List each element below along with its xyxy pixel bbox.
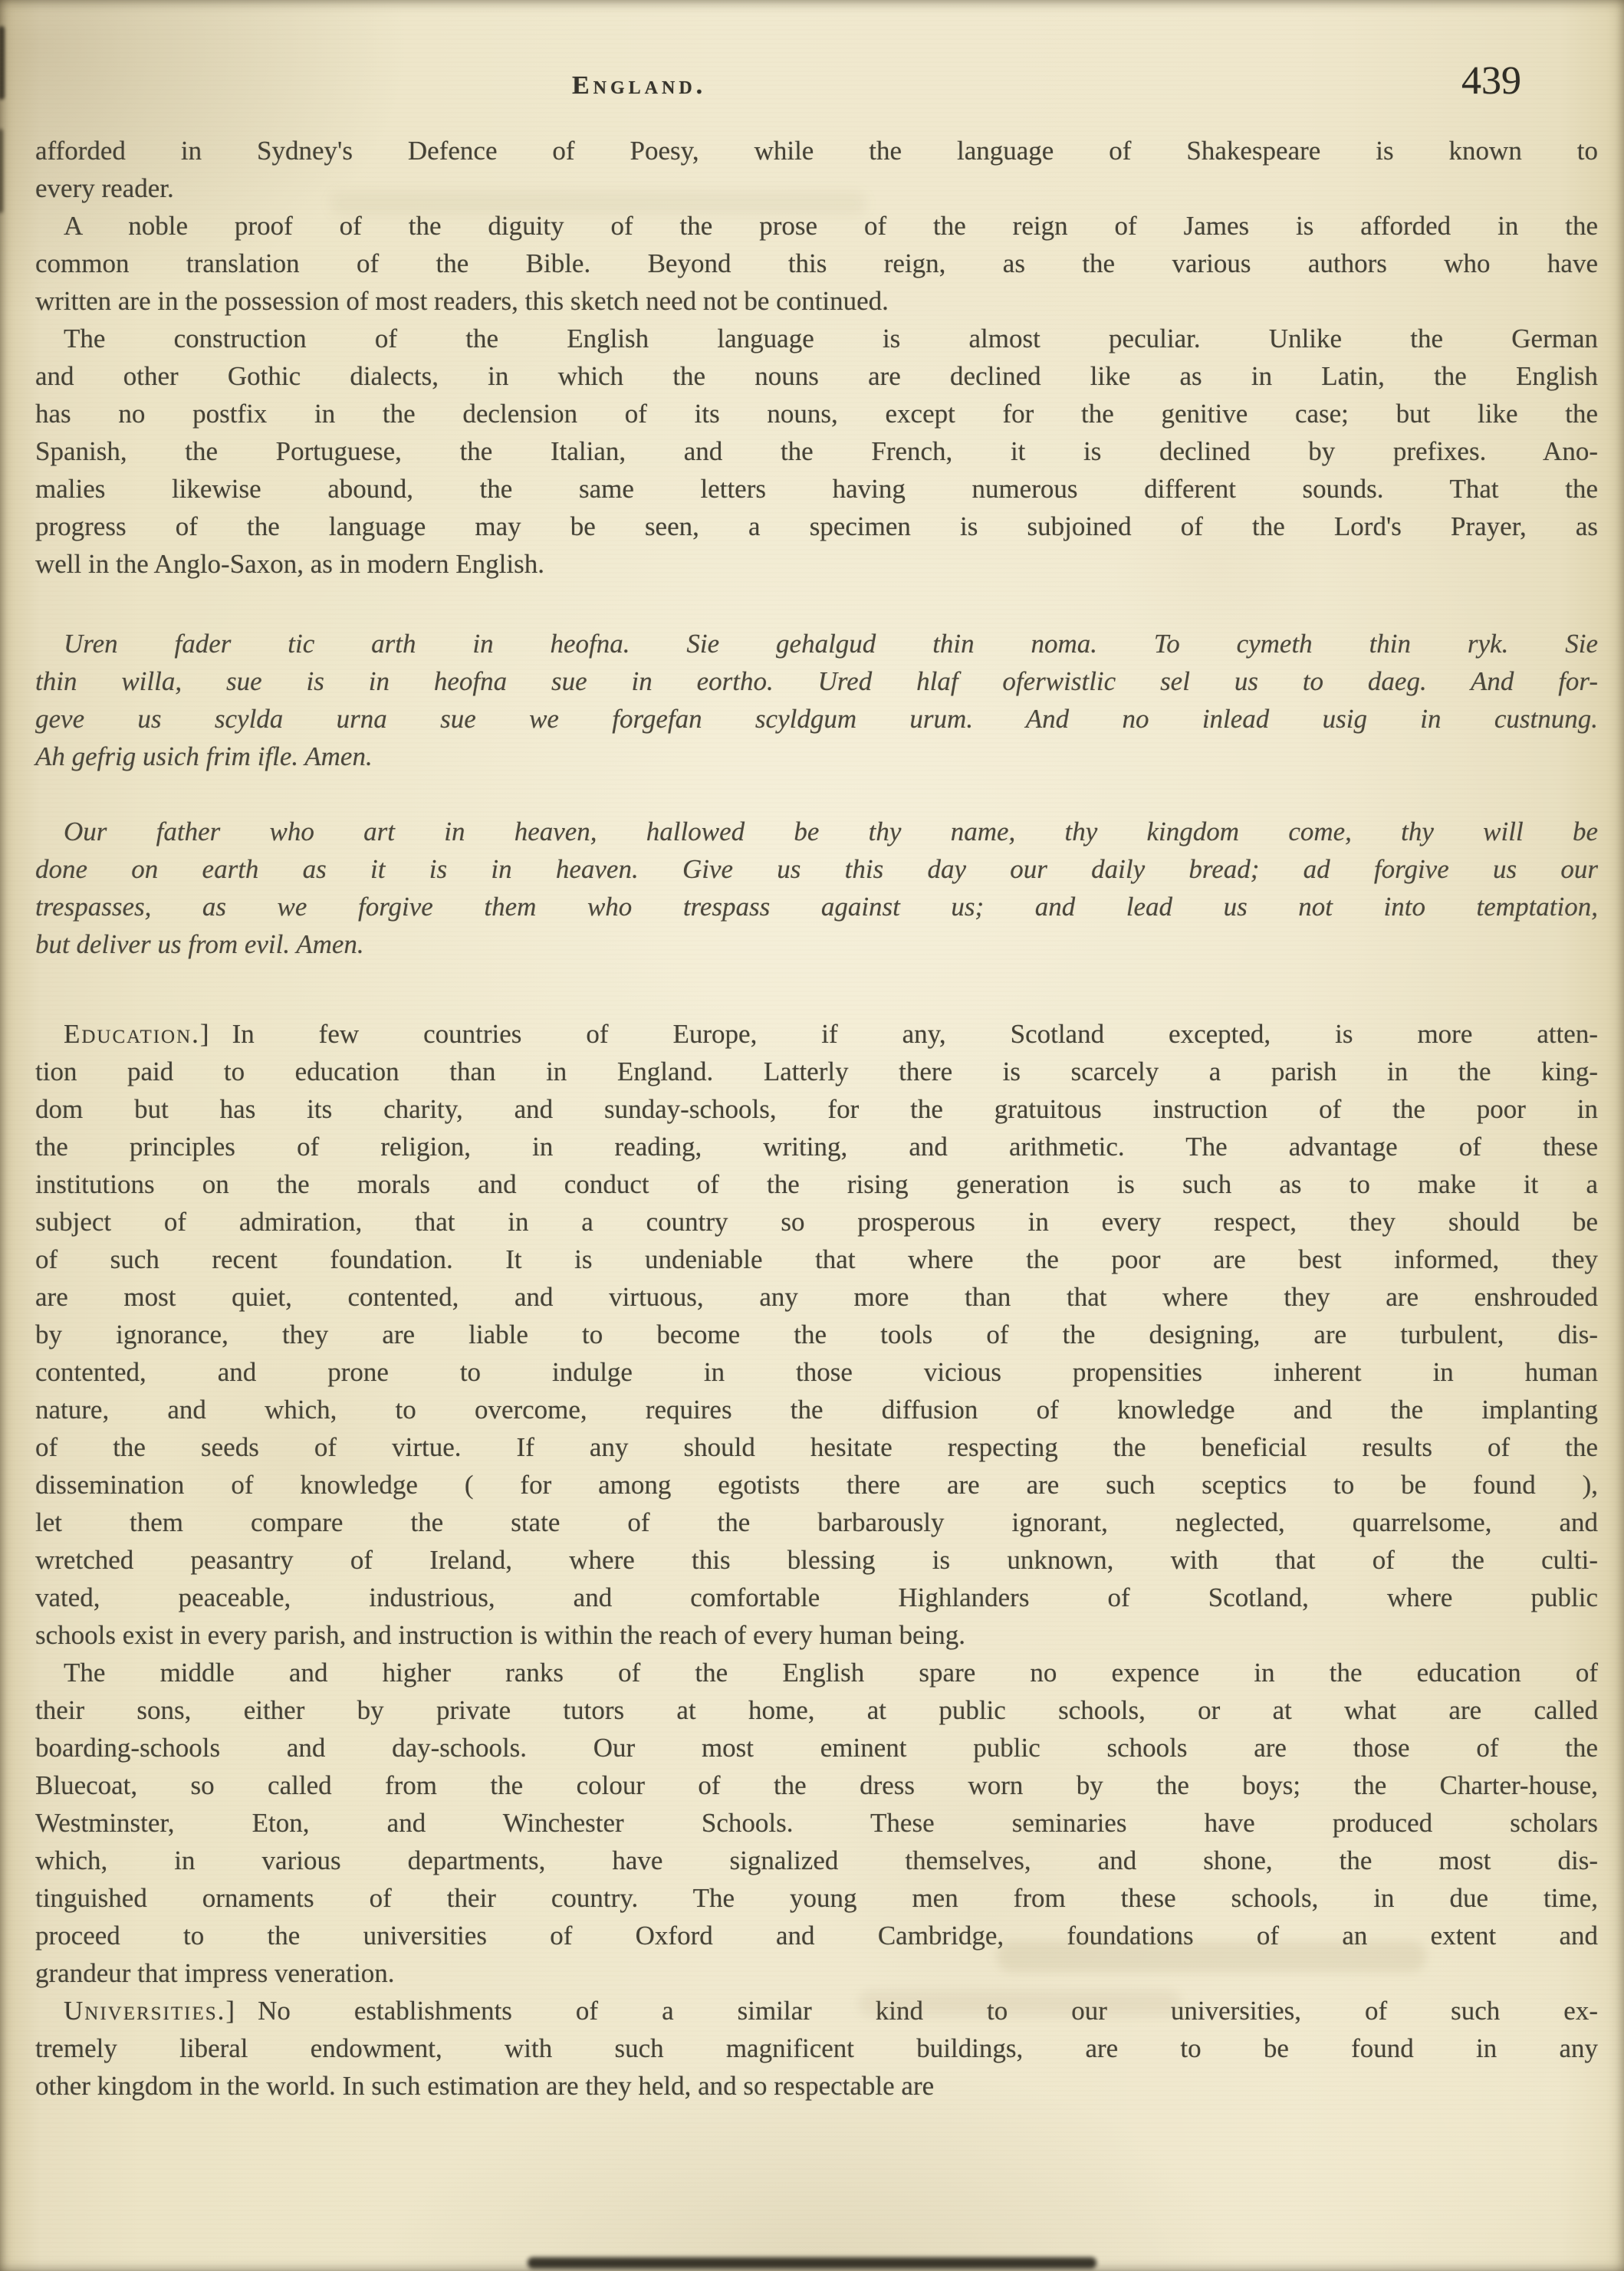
section-label: Education.]: [64, 1019, 211, 1049]
text-line: Uren fader tic arth in heofna. Sie gehal…: [35, 625, 1598, 662]
text-line: trespasses, as we forgive them who tresp…: [35, 888, 1598, 925]
text-line: Universities.]No establishments of a sim…: [35, 1992, 1598, 2029]
text-line: and other Gothic dialects, in which the …: [35, 357, 1598, 395]
text-line: grandeur that impress veneration.: [35, 1954, 1598, 1992]
scanned-book-page: England. 439 afforded in Sydney's Defenc…: [0, 0, 1624, 2271]
text-line: schools exist in every parish, and instr…: [35, 1616, 1598, 1654]
paragraph: Education.]In few countries of Europe, i…: [35, 1015, 1598, 1654]
text-line: Ah gefrig usich frim ifle. Amen.: [35, 738, 1598, 775]
text-line: has no postfix in the declension of its …: [35, 395, 1598, 432]
text-line: of the seeds of virtue. If any should he…: [35, 1428, 1598, 1466]
text-line: The middle and higher ranks of the Engli…: [35, 1654, 1598, 1691]
text-line: progress of the language may be seen, a …: [35, 508, 1598, 545]
text-line: which, in various departments, have sign…: [35, 1842, 1598, 1879]
text-line: are most quiet, contented, and virtuous,…: [35, 1278, 1598, 1316]
scan-bottom-streak-artifact: [528, 2257, 1096, 2269]
paragraph: A noble proof of the diguity of the pros…: [35, 207, 1598, 320]
scan-edge-artifact: [0, 129, 3, 213]
text-line: tremely liberal endowment, with such mag…: [35, 2029, 1598, 2067]
text-line: institutions on the morals and conduct o…: [35, 1165, 1598, 1203]
text-line: other kingdom in the world. In such esti…: [35, 2067, 1598, 2105]
text-line: subject of admiration, that in a country…: [35, 1203, 1598, 1241]
paragraph: The middle and higher ranks of the Engli…: [35, 1654, 1598, 1992]
text-line: the principles of religion, in reading, …: [35, 1128, 1598, 1165]
text-line: every reader.: [35, 169, 1598, 207]
text-line: Education.]In few countries of Europe, i…: [35, 1015, 1598, 1053]
text-line: malies likewise abound, the same letters…: [35, 470, 1598, 508]
paragraph: The construction of the English language…: [35, 320, 1598, 583]
page-text-block: afforded in Sydney's Defence of Poesy, w…: [35, 132, 1598, 2105]
text-line: nature, and which, to overcome, requires…: [35, 1391, 1598, 1428]
text-line: well in the Anglo-Saxon, as in modern En…: [35, 545, 1598, 583]
text-line: vated, peaceable, industrious, and comfo…: [35, 1579, 1598, 1616]
text-line: boarding-schools and day-schools. Our mo…: [35, 1729, 1598, 1767]
paragraph: afforded in Sydney's Defence of Poesy, w…: [35, 132, 1598, 207]
text-line: dom but has its charity, and sunday-scho…: [35, 1090, 1598, 1128]
text-line: Our father who art in heaven, hallowed b…: [35, 813, 1598, 850]
text-line: A noble proof of the diguity of the pros…: [35, 207, 1598, 245]
running-head: England.: [572, 71, 706, 101]
text-line: their sons, either by private tutors at …: [35, 1691, 1598, 1729]
text-line: proceed to the universities of Oxford an…: [35, 1917, 1598, 1954]
text-line: contented, and prone to indulge in those…: [35, 1353, 1598, 1391]
text-line: tinguished ornaments of their country. T…: [35, 1879, 1598, 1917]
text-line: Bluecoat, so called from the colour of t…: [35, 1767, 1598, 1804]
text-line: written are in the possession of most re…: [35, 282, 1598, 320]
text-line: Westminster, Eton, and Winchester School…: [35, 1804, 1598, 1842]
text-line: common translation of the Bible. Beyond …: [35, 245, 1598, 282]
paragraph: Universities.]No establishments of a sim…: [35, 1992, 1598, 2105]
text-line: let them compare the state of the barbar…: [35, 1504, 1598, 1541]
text-line: wretched peasantry of Ireland, where thi…: [35, 1541, 1598, 1579]
text-line: thin willa, sue is in heofna sue in eort…: [35, 662, 1598, 700]
text-line: Spanish, the Portuguese, the Italian, an…: [35, 432, 1598, 470]
text-line: geve us scylda urna sue we forgefan scyl…: [35, 700, 1598, 738]
page-number: 439: [1461, 60, 1521, 103]
text-line: afforded in Sydney's Defence of Poesy, w…: [35, 132, 1598, 169]
text-line: but deliver us from evil. Amen.: [35, 925, 1598, 963]
scan-edge-artifact: [0, 26, 5, 100]
text-line: of such recent foundation. It is undenia…: [35, 1241, 1598, 1278]
text-line: by ignorance, they are liable to become …: [35, 1316, 1598, 1353]
text-line: dissemination of knowledge ( for among e…: [35, 1466, 1598, 1504]
text-line: The construction of the English language…: [35, 320, 1598, 357]
text-line: done on earth as it is in heaven. Give u…: [35, 850, 1598, 888]
section-label: Universities.]: [64, 1996, 236, 2026]
paragraph: Our father who art in heaven, hallowed b…: [35, 813, 1598, 963]
text-line: tion paid to education than in England. …: [35, 1053, 1598, 1090]
paragraph: Uren fader tic arth in heofna. Sie gehal…: [35, 625, 1598, 775]
